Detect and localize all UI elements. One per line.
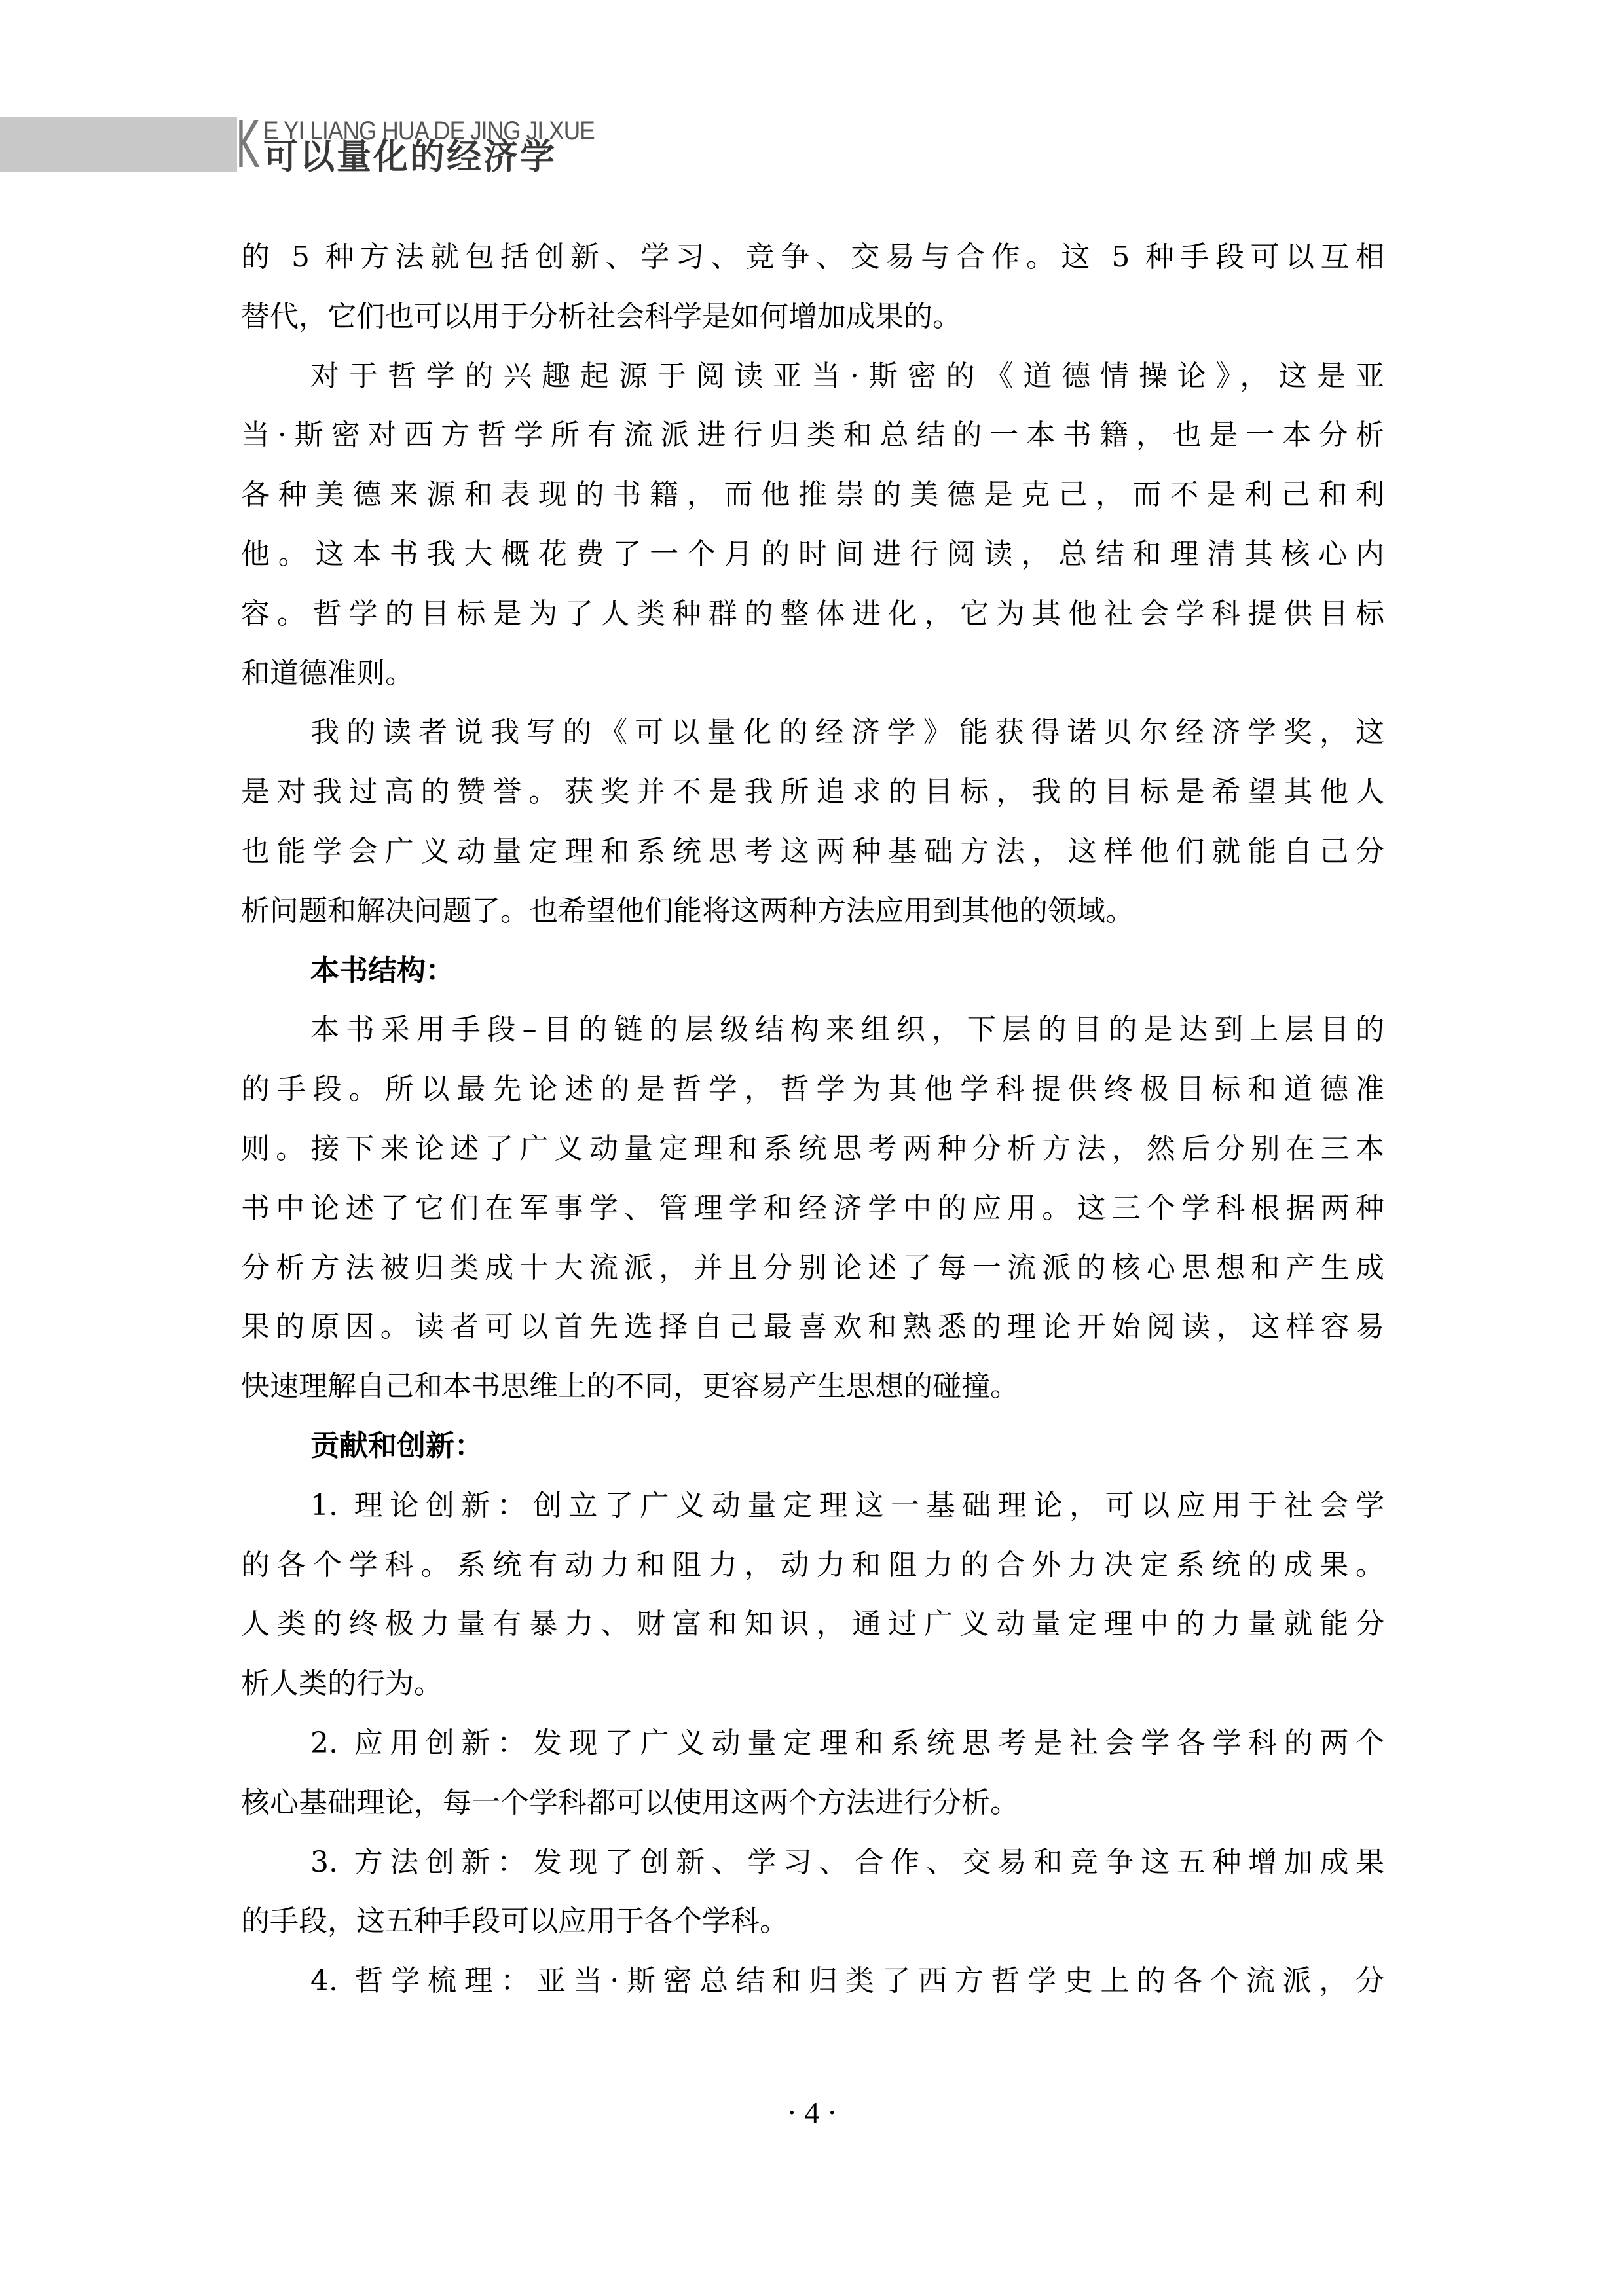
- text-line: 快速理解自己和本书思维上的不同，更容易产生思想的碰撞。: [241, 1365, 1384, 1425]
- text-line: 容。哲学的目标是为了人类种群的整体进化，它为其他社会学科提供目标: [241, 592, 1384, 652]
- text-line: 的手段。所以最先论述的是哲学，哲学为其他学科提供终极目标和道德准: [241, 1068, 1384, 1127]
- section-heading: 本书结构：: [241, 949, 1384, 1009]
- text-line: 的手段，这五种手段可以应用于各个学科。: [241, 1900, 1384, 1959]
- text-line: 本书采用手段–目的链的层级结构来组织，下层的目的是达到上层目的: [241, 1008, 1384, 1068]
- text-line: 2. 应用创新：发现了广义动量定理和系统思考是社会学各学科的两个: [241, 1722, 1384, 1781]
- text-line: 4. 哲学梳理：亚当·斯密总结和归类了西方哲学史上的各个流派，分: [241, 1959, 1384, 2019]
- text-line: 的 5 种方法就包括创新、学习、竞争、交易与合作。这 5 种手段可以互相: [241, 236, 1384, 295]
- text-line: 3. 方法创新：发现了创新、学习、合作、交易和竞争这五种增加成果: [241, 1841, 1384, 1901]
- text-line: 析问题和解决问题了。也希望他们能将这两种方法应用到其他的领域。: [241, 890, 1384, 949]
- text-line: 替代，它们也可以用于分析社会科学是如何增加成果的。: [241, 295, 1384, 355]
- text-line: 书中论述了它们在军事学、管理学和经济学中的应用。这三个学科根据两种: [241, 1187, 1384, 1247]
- text-line: 果的原因。读者可以首先选择自己最喜欢和熟悉的理论开始阅读，这样容易: [241, 1305, 1384, 1365]
- text-line: 是对我过高的赞誉。获奖并不是我所追求的目标，我的目标是希望其他人: [241, 771, 1384, 830]
- body-text: 的 5 种方法就包括创新、学习、竞争、交易与合作。这 5 种手段可以互相替代，它…: [241, 236, 1384, 2019]
- text-line: 当·斯密对西方哲学所有流派进行归类和总结的一本书籍，也是一本分析: [241, 414, 1384, 473]
- text-line: 的各个学科。系统有动力和阻力，动力和阻力的合外力决定系统的成果。: [241, 1544, 1384, 1603]
- text-line: 和道德准则。: [241, 652, 1384, 712]
- header-gray-bar: [0, 117, 237, 172]
- text-line: 核心基础理论，每一个学科都可以使用这两个方法进行分析。: [241, 1781, 1384, 1841]
- text-line: 析人类的行为。: [241, 1662, 1384, 1722]
- header-initial-letter: K: [236, 115, 259, 175]
- text-line: 也能学会广义动量定理和系统思考这两种基础方法，这样他们就能自己分: [241, 830, 1384, 890]
- text-line: 分析方法被归类成十大流派，并且分别论述了每一流派的核心思想和产生成: [241, 1247, 1384, 1306]
- text-line: 1. 理论创新：创立了广义动量定理这一基础理论，可以应用于社会学: [241, 1484, 1384, 1544]
- page-number: · 4 ·: [0, 2095, 1624, 2130]
- text-line: 人类的终极力量有暴力、财富和知识，通过广义动量定理中的力量就能分: [241, 1603, 1384, 1662]
- section-heading: 贡献和创新：: [241, 1425, 1384, 1484]
- text-line: 他。这本书我大概花费了一个月的时间进行阅读，总结和理清其核心内: [241, 533, 1384, 592]
- text-line: 对于哲学的兴趣起源于阅读亚当·斯密的《道德情操论》，这是亚: [241, 355, 1384, 414]
- text-line: 各种美德来源和表现的书籍，而他推崇的美德是克己，而不是利己和利: [241, 473, 1384, 533]
- text-line: 我的读者说我写的《可以量化的经济学》能获得诺贝尔经济学奖，这: [241, 711, 1384, 771]
- text-line: 则。接下来论述了广义动量定理和系统思考两种分析方法，然后分别在三本: [241, 1127, 1384, 1187]
- running-header-title: 可以量化的经济学: [263, 139, 557, 175]
